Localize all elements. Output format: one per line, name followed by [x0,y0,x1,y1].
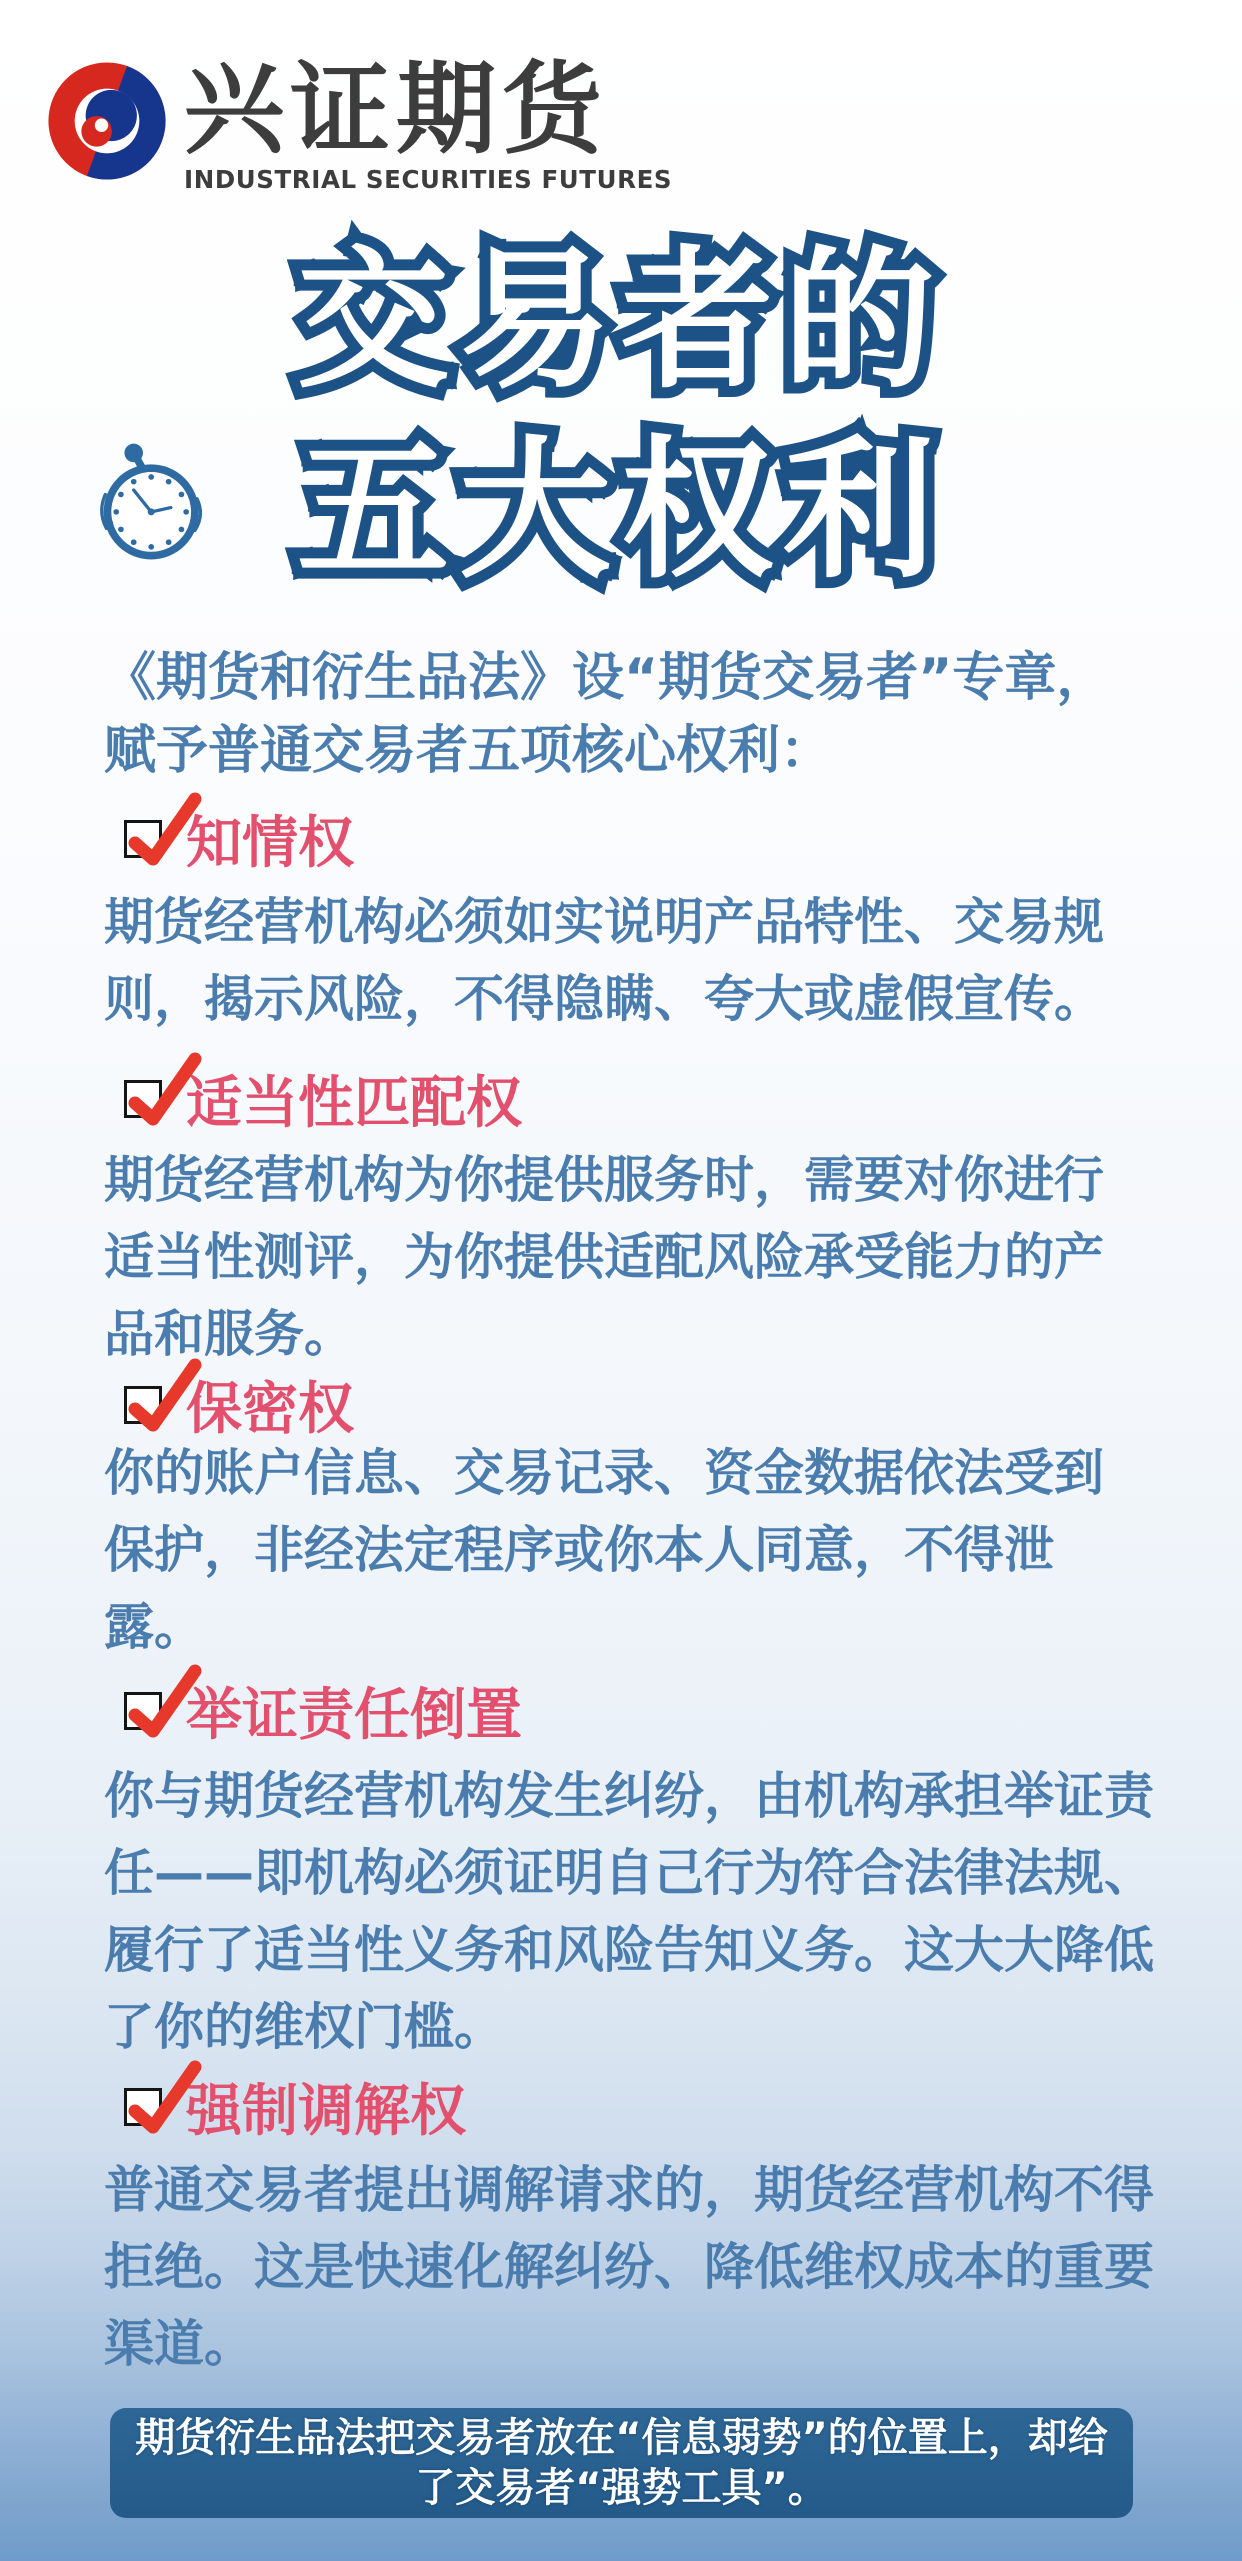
section-body: 你的账户信息、交易记录、资金数据依法受到 保护，非经法定程序或你本人同意，不得泄… [104,1435,1214,1666]
checked-checkbox-icon [124,820,162,858]
section-body: 你与期货经营机构发生纠纷，由机构承担举证责 任——即机构必须证明自己行为符合法律… [104,1758,1214,2066]
summary-banner-text: 期货衍生品法把交易者放在“信息弱势”的位置上，却给 了交易者“强势工具”。 [135,2413,1108,2513]
section-title: 强制调解权 [186,2067,466,2147]
intro-paragraph: 《期货和衍生品法》设“期货交易者”专章， 赋予普通交易者五项核心权利： [104,642,1204,788]
brand-header: 兴证期货 INDUSTRIAL SECURITIES FUTURES [46,58,672,194]
section-header-reversed-burden-of-proof: 举证责任倒置 [124,1678,522,1744]
stopwatch-icon [94,442,204,560]
section-header-suitability-matching: 适当性匹配权 [124,1066,522,1132]
title-line2-text: 五大权利 [297,422,945,599]
section-title: 知情权 [186,799,354,879]
section-header-mandatory-mediation: 强制调解权 [124,2074,466,2140]
poster-page: 兴证期货 INDUSTRIAL SECURITIES FUTURES 交易者的 … [0,0,1242,2561]
checked-checkbox-icon [124,1692,162,1730]
brand-name: 兴证期货 [184,58,672,160]
summary-banner: 期货衍生品法把交易者放在“信息弱势”的位置上，却给 了交易者“强势工具”。 [110,2408,1133,2518]
section-header-confidentiality: 保密权 [124,1372,354,1438]
poster-title-line-1: 交易者的 交易者的 [0,226,1242,416]
section-header-right-to-know: 知情权 [124,806,354,872]
section-title: 举证责任倒置 [186,1671,522,1751]
section-body: 普通交易者提出调解请求的，期货经营机构不得 拒绝。这是快速化解纠纷、降低维权成本… [104,2152,1214,2383]
brand-text: 兴证期货 INDUSTRIAL SECURITIES FUTURES [184,58,672,194]
section-body: 期货经营机构为你提供服务时，需要对你进行 适当性测评，为你提供适配风险承受能力的… [104,1142,1214,1373]
red-blue-swirl-logo-icon [46,58,168,184]
title-line1-text: 交易者的 [297,232,945,409]
checked-checkbox-icon [124,2088,162,2126]
section-title: 适当性匹配权 [186,1059,522,1139]
checked-checkbox-icon [124,1386,162,1424]
section-title: 保密权 [186,1365,354,1445]
checked-checkbox-icon [124,1080,162,1118]
section-body: 期货经营机构必须如实说明产品特性、交易规 则，揭示风险，不得隐瞒、夸大或虚假宣传… [104,884,1214,1038]
brand-subtitle: INDUSTRIAL SECURITIES FUTURES [184,165,672,194]
